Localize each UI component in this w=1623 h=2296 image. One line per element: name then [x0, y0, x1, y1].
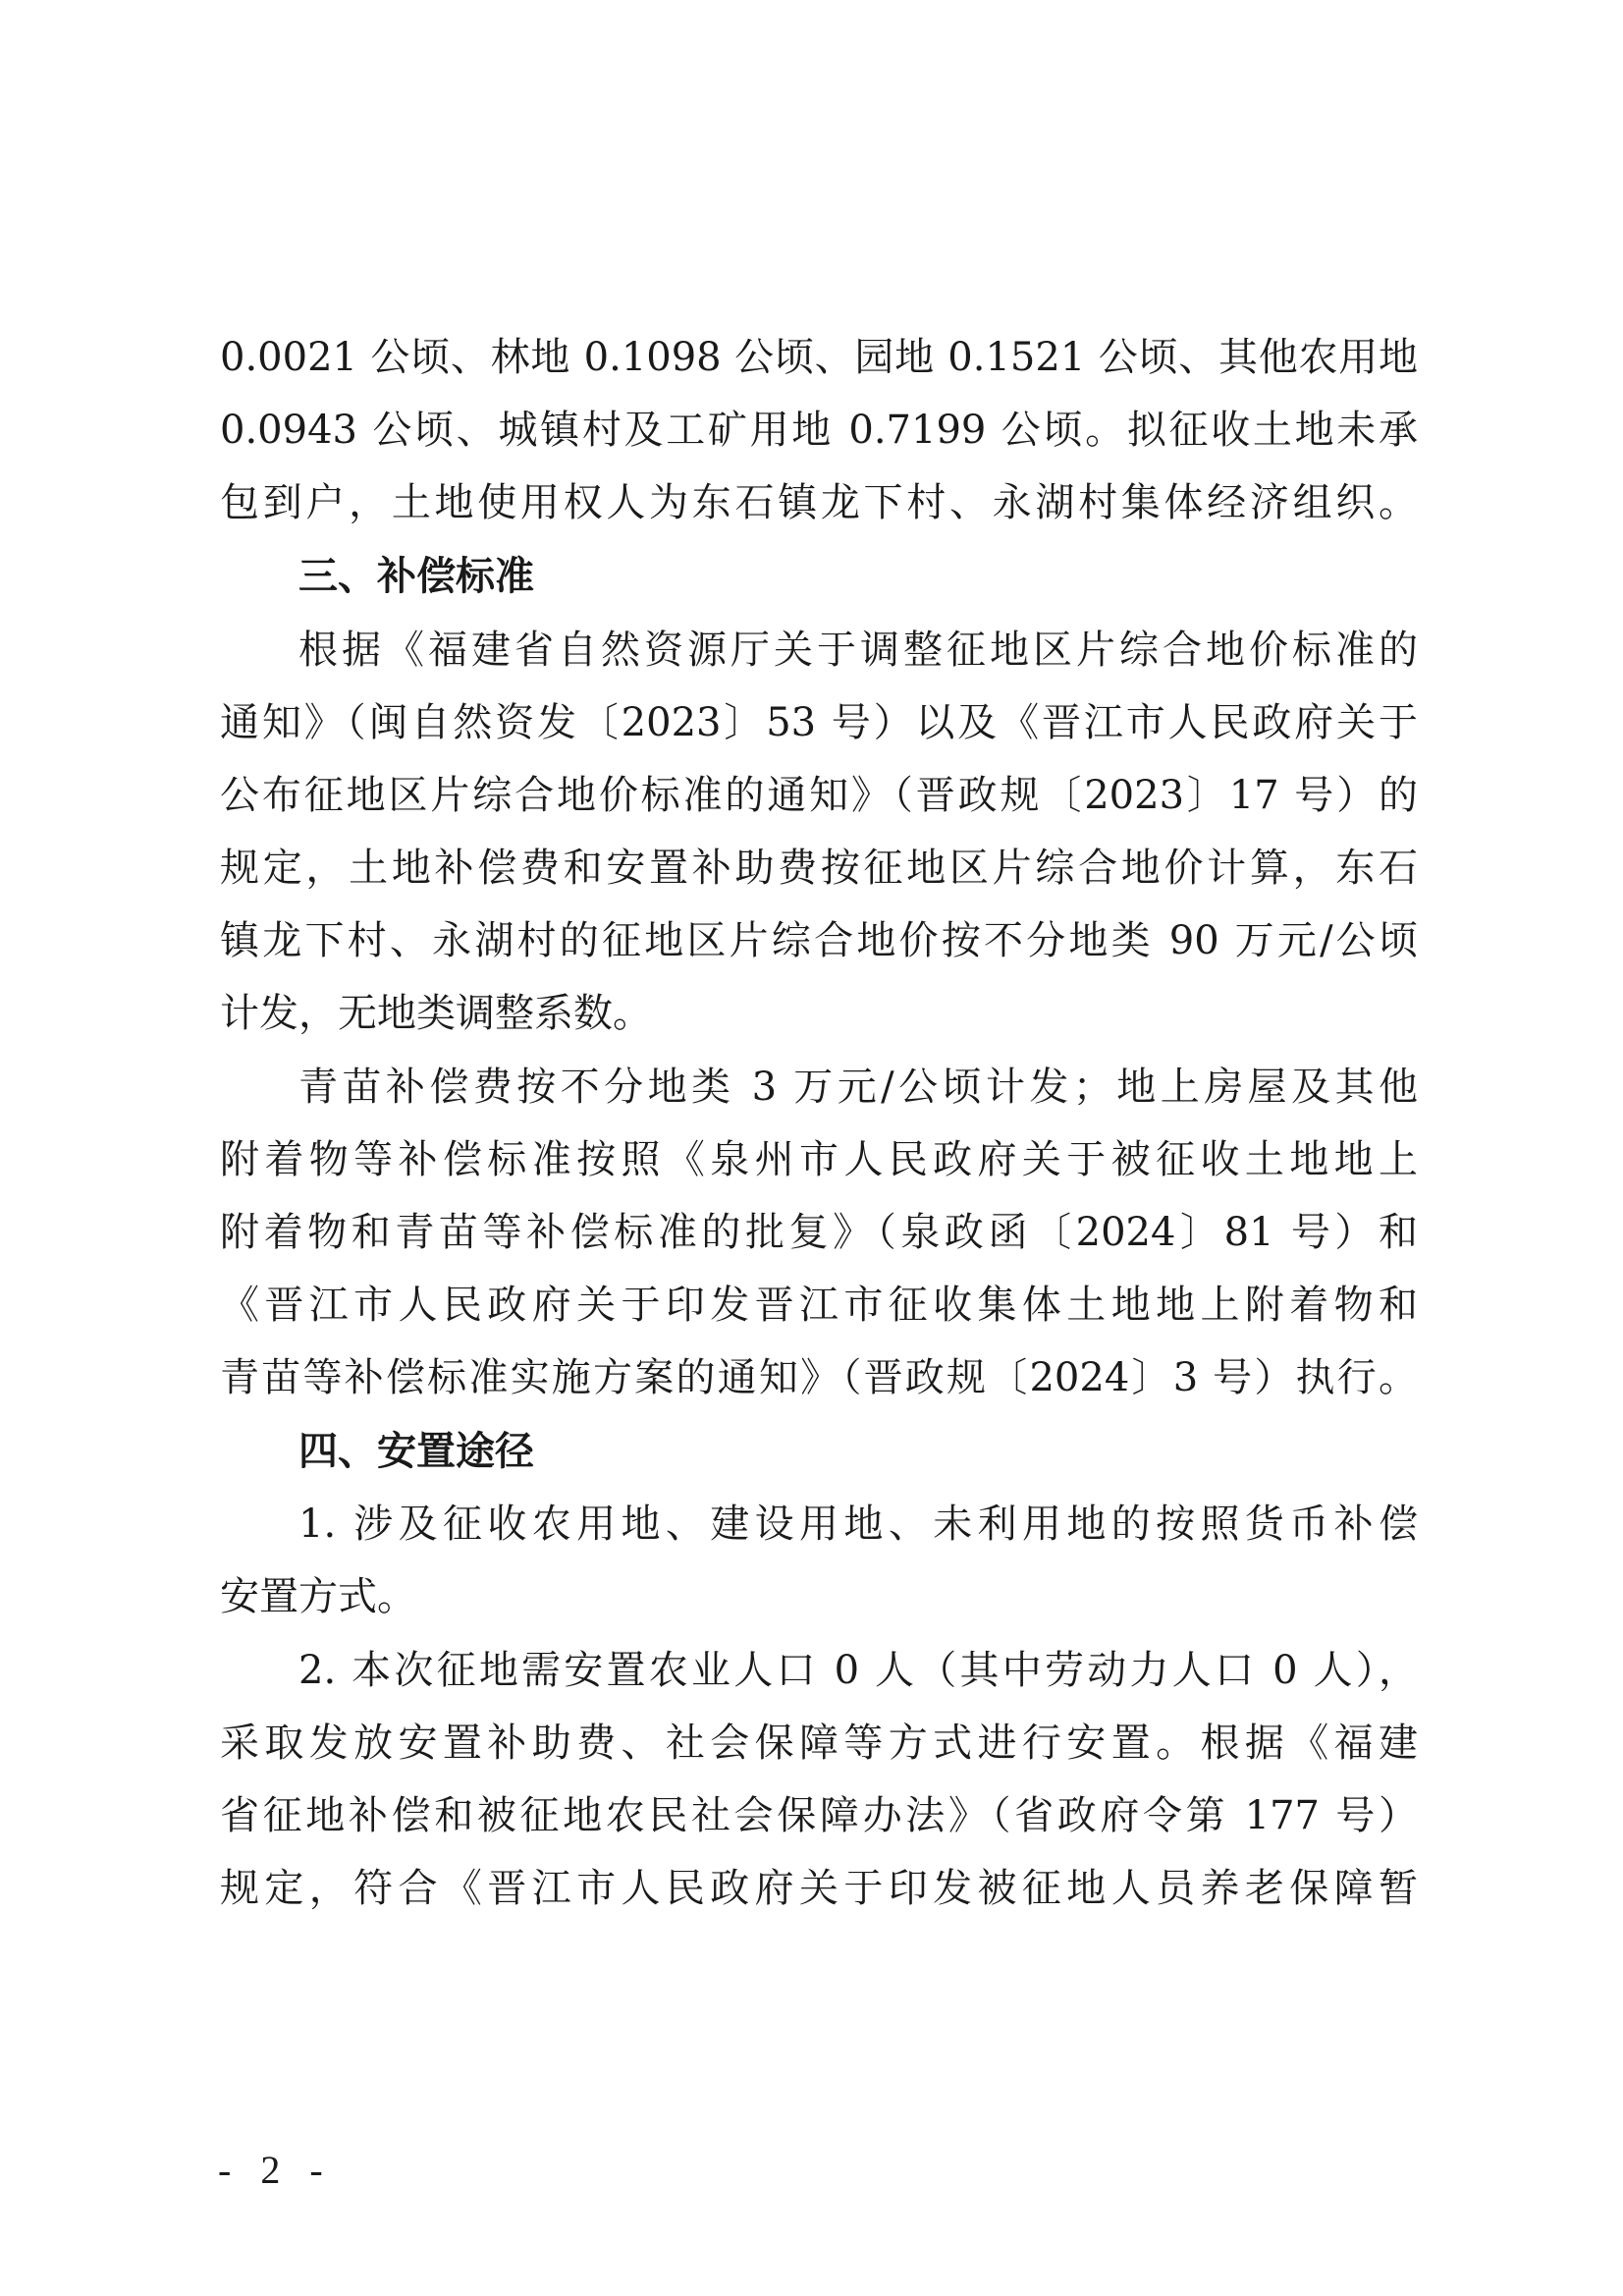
section-heading-compensation-standard: 三、补偿标准 — [298, 540, 1418, 613]
body-line: 《晋江市人民政府关于印发晋江市征收集体土地地上附着物和 — [220, 1269, 1418, 1341]
body-line: 青苗补偿费按不分地类 3 万元/公顷计发；地上房屋及其他 — [298, 1051, 1418, 1123]
document-page: 0.0021 公顷、林地 0.1098 公顷、园地 0.1521 公顷、其他农用… — [0, 0, 1623, 2296]
body-line: 根据《福建省自然资源厅关于调整征地区片综合地价标准的 — [298, 614, 1418, 686]
section-heading-resettlement: 四、安置途径 — [298, 1415, 1418, 1488]
body-line: 1. 涉及征收农用地、建设用地、未利用地的按照货币补偿 — [298, 1488, 1418, 1560]
body-line: 附着物等补偿标准按照《泉州市人民政府关于被征收土地地上 — [220, 1123, 1418, 1196]
body-line: 2. 本次征地需安置农业人口 0 人（其中劳动力人口 0 人）， — [298, 1634, 1418, 1707]
body-line: 计发，无地类调整系数。 — [220, 977, 1418, 1050]
body-line: 通知》（闽自然资发〔2023〕53 号）以及《晋江市人民政府关于 — [220, 686, 1418, 759]
body-line: 公布征地区片综合地价标准的通知》（晋政规〔2023〕17 号）的 — [220, 759, 1418, 832]
body-line: 0.0021 公顷、林地 0.1098 公顷、园地 0.1521 公顷、其他农用… — [220, 321, 1418, 394]
body-line: 0.0943 公顷、城镇村及工矿用地 0.7199 公顷。拟征收土地未承 — [220, 394, 1418, 466]
body-line: 采取发放安置补助费、社会保障等方式进行安置。根据《福建 — [220, 1707, 1418, 1779]
page-number: - 2 - — [218, 2141, 333, 2200]
body-line: 附着物和青苗等补偿标准的批复》（泉政函〔2024〕81 号）和 — [220, 1196, 1418, 1269]
body-line: 安置方式。 — [220, 1560, 1418, 1633]
body-line: 规定，土地补偿费和安置补助费按征地区片综合地价计算，东石 — [220, 832, 1418, 904]
body-line: 省征地补偿和被征地农民社会保障办法》（省政府令第 177 号） — [220, 1779, 1418, 1852]
body-line: 镇龙下村、永湖村的征地区片综合地价按不分地类 90 万元/公顷 — [220, 904, 1418, 977]
body-line: 青苗等补偿标准实施方案的通知》（晋政规〔2024〕3 号）执行。 — [220, 1341, 1418, 1414]
body-line: 包到户，土地使用权人为东石镇龙下村、永湖村集体经济组织。 — [220, 466, 1418, 539]
body-line: 规定，符合《晋江市人民政府关于印发被征地人员养老保障暂 — [220, 1852, 1418, 1925]
